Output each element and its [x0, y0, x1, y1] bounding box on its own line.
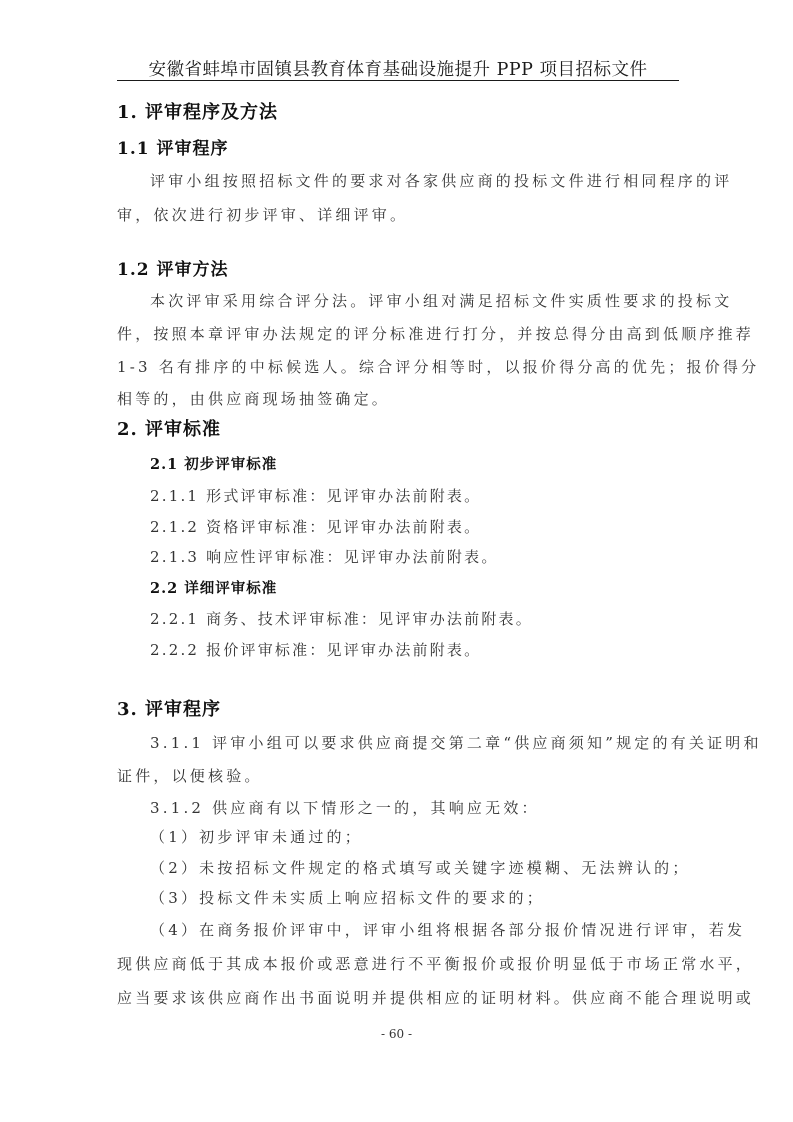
list-item: （2）未按招标文件规定的格式填写或关键字迹模糊、无法辨认的；: [150, 857, 710, 878]
page-number: - 60 -: [0, 1027, 793, 1041]
section-2-2-heading: 2.2 详细评审标准: [150, 577, 710, 598]
paragraph-line: 3.1.1 评审小组可以要求供应商提交第二章“供应商须知”规定的有关证明和: [150, 732, 710, 753]
paragraph-line: 相等的，由供应商现场抽签确定。: [117, 388, 677, 409]
section-3-heading: 3. 评审程序: [117, 695, 677, 721]
list-item: 2.1.3 响应性评审标准：见评审办法前附表。: [150, 546, 710, 567]
paragraph-line: 应当要求该供应商作出书面说明并提供相应的证明材料。供应商不能合理说明或: [117, 987, 677, 1008]
paragraph-line: 现供应商低于其成本报价或恶意进行不平衡报价或报价明显低于市场正常水平，: [117, 953, 677, 974]
document-header-title: 安徽省蚌埠市固镇县教育体育基础设施提升 PPP 项目招标文件: [117, 56, 679, 81]
paragraph-line: 1-3 名有排序的中标候选人。综合评分相等时，以报价得分高的优先；报价得分: [117, 356, 677, 377]
paragraph-line: 本次评审采用综合评分法。评审小组对满足招标文件实质性要求的投标文: [150, 290, 710, 311]
paragraph-line: 件，按照本章评审办法规定的评分标准进行打分，并按总得分由高到低顺序推荐: [117, 323, 677, 344]
paragraph-line: 审，依次进行初步评审、详细评审。: [117, 204, 677, 225]
list-item: （3）投标文件未实质上响应招标文件的要求的；: [150, 887, 710, 908]
list-item: 2.1.1 形式评审标准：见评审办法前附表。: [150, 485, 710, 506]
list-item: （1）初步评审未通过的；: [150, 826, 710, 847]
section-2-1-heading: 2.1 初步评审标准: [150, 453, 710, 474]
section-1-heading: 1. 评审程序及方法: [117, 98, 677, 124]
paragraph-line: 评审小组按照招标文件的要求对各家供应商的投标文件进行相同程序的评: [150, 170, 710, 191]
paragraph-line: 证件，以便核验。: [117, 765, 677, 786]
section-2-heading: 2. 评审标准: [117, 415, 677, 441]
list-item: 2.2.2 报价评审标准：见评审办法前附表。: [150, 639, 710, 660]
list-item: 2.1.2 资格评审标准：见评审办法前附表。: [150, 516, 710, 537]
list-item: 2.2.1 商务、技术评审标准：见评审办法前附表。: [150, 608, 710, 629]
header-divider: [117, 80, 679, 81]
paragraph-line: 3.1.2 供应商有以下情形之一的，其响应无效：: [150, 797, 710, 818]
paragraph-line: （4）在商务报价评审中，评审小组将根据各部分报价情况进行评审，若发: [150, 919, 710, 940]
section-1-1-heading: 1.1 评审程序: [117, 134, 677, 159]
section-1-2-heading: 1.2 评审方法: [117, 255, 677, 280]
